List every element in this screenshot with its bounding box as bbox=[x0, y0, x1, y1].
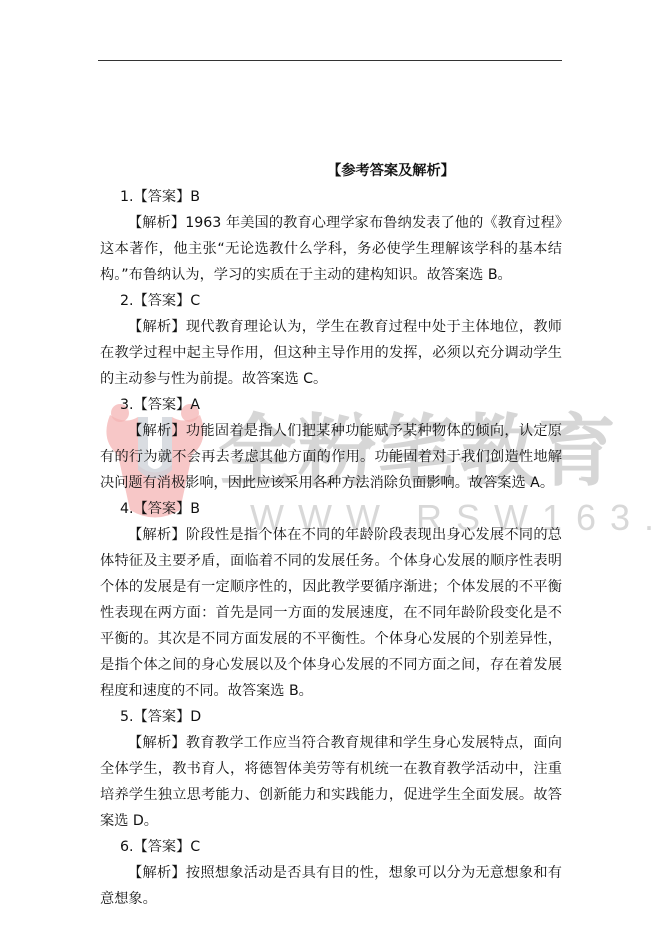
answer-line-6: 6.【答案】C bbox=[100, 834, 562, 860]
explanation-4: 【解析】阶段性是指个体在不同的年龄阶段表现出身心发展不同的总体特征及主要矛盾，面… bbox=[100, 522, 562, 704]
answer-line-4: 4.【答案】B bbox=[100, 496, 562, 522]
section-title: 【参考答案及解析】 bbox=[100, 158, 562, 184]
answer-line-1: 1.【答案】B bbox=[100, 184, 562, 210]
explanation-1: 【解析】1963 年美国的教育心理学家布鲁纳发表了他的《教育过程》这本著作，他主… bbox=[100, 210, 562, 288]
answer-key-content: 【参考答案及解析】 1.【答案】B 【解析】1963 年美国的教育心理学家布鲁纳… bbox=[100, 158, 562, 912]
explanation-2: 【解析】现代教育理论认为，学生在教育过程中处于主体地位，教师在教学过程中起主导作… bbox=[100, 314, 562, 392]
answer-line-2: 2.【答案】C bbox=[100, 288, 562, 314]
answer-line-5: 5.【答案】D bbox=[100, 704, 562, 730]
explanation-3: 【解析】功能固着是指人们把某种功能赋予某种物体的倾向，认定原有的行为就不会再去考… bbox=[100, 418, 562, 496]
header-rule bbox=[98, 60, 562, 61]
answer-line-3: 3.【答案】A bbox=[100, 392, 562, 418]
explanation-5: 【解析】教育教学工作应当符合教育规律和学生身心发展特点，面向全体学生，教书育人，… bbox=[100, 730, 562, 834]
explanation-6: 【解析】按照想象活动是否具有目的性，想象可以分为无意想象和有意想象。 bbox=[100, 860, 562, 912]
